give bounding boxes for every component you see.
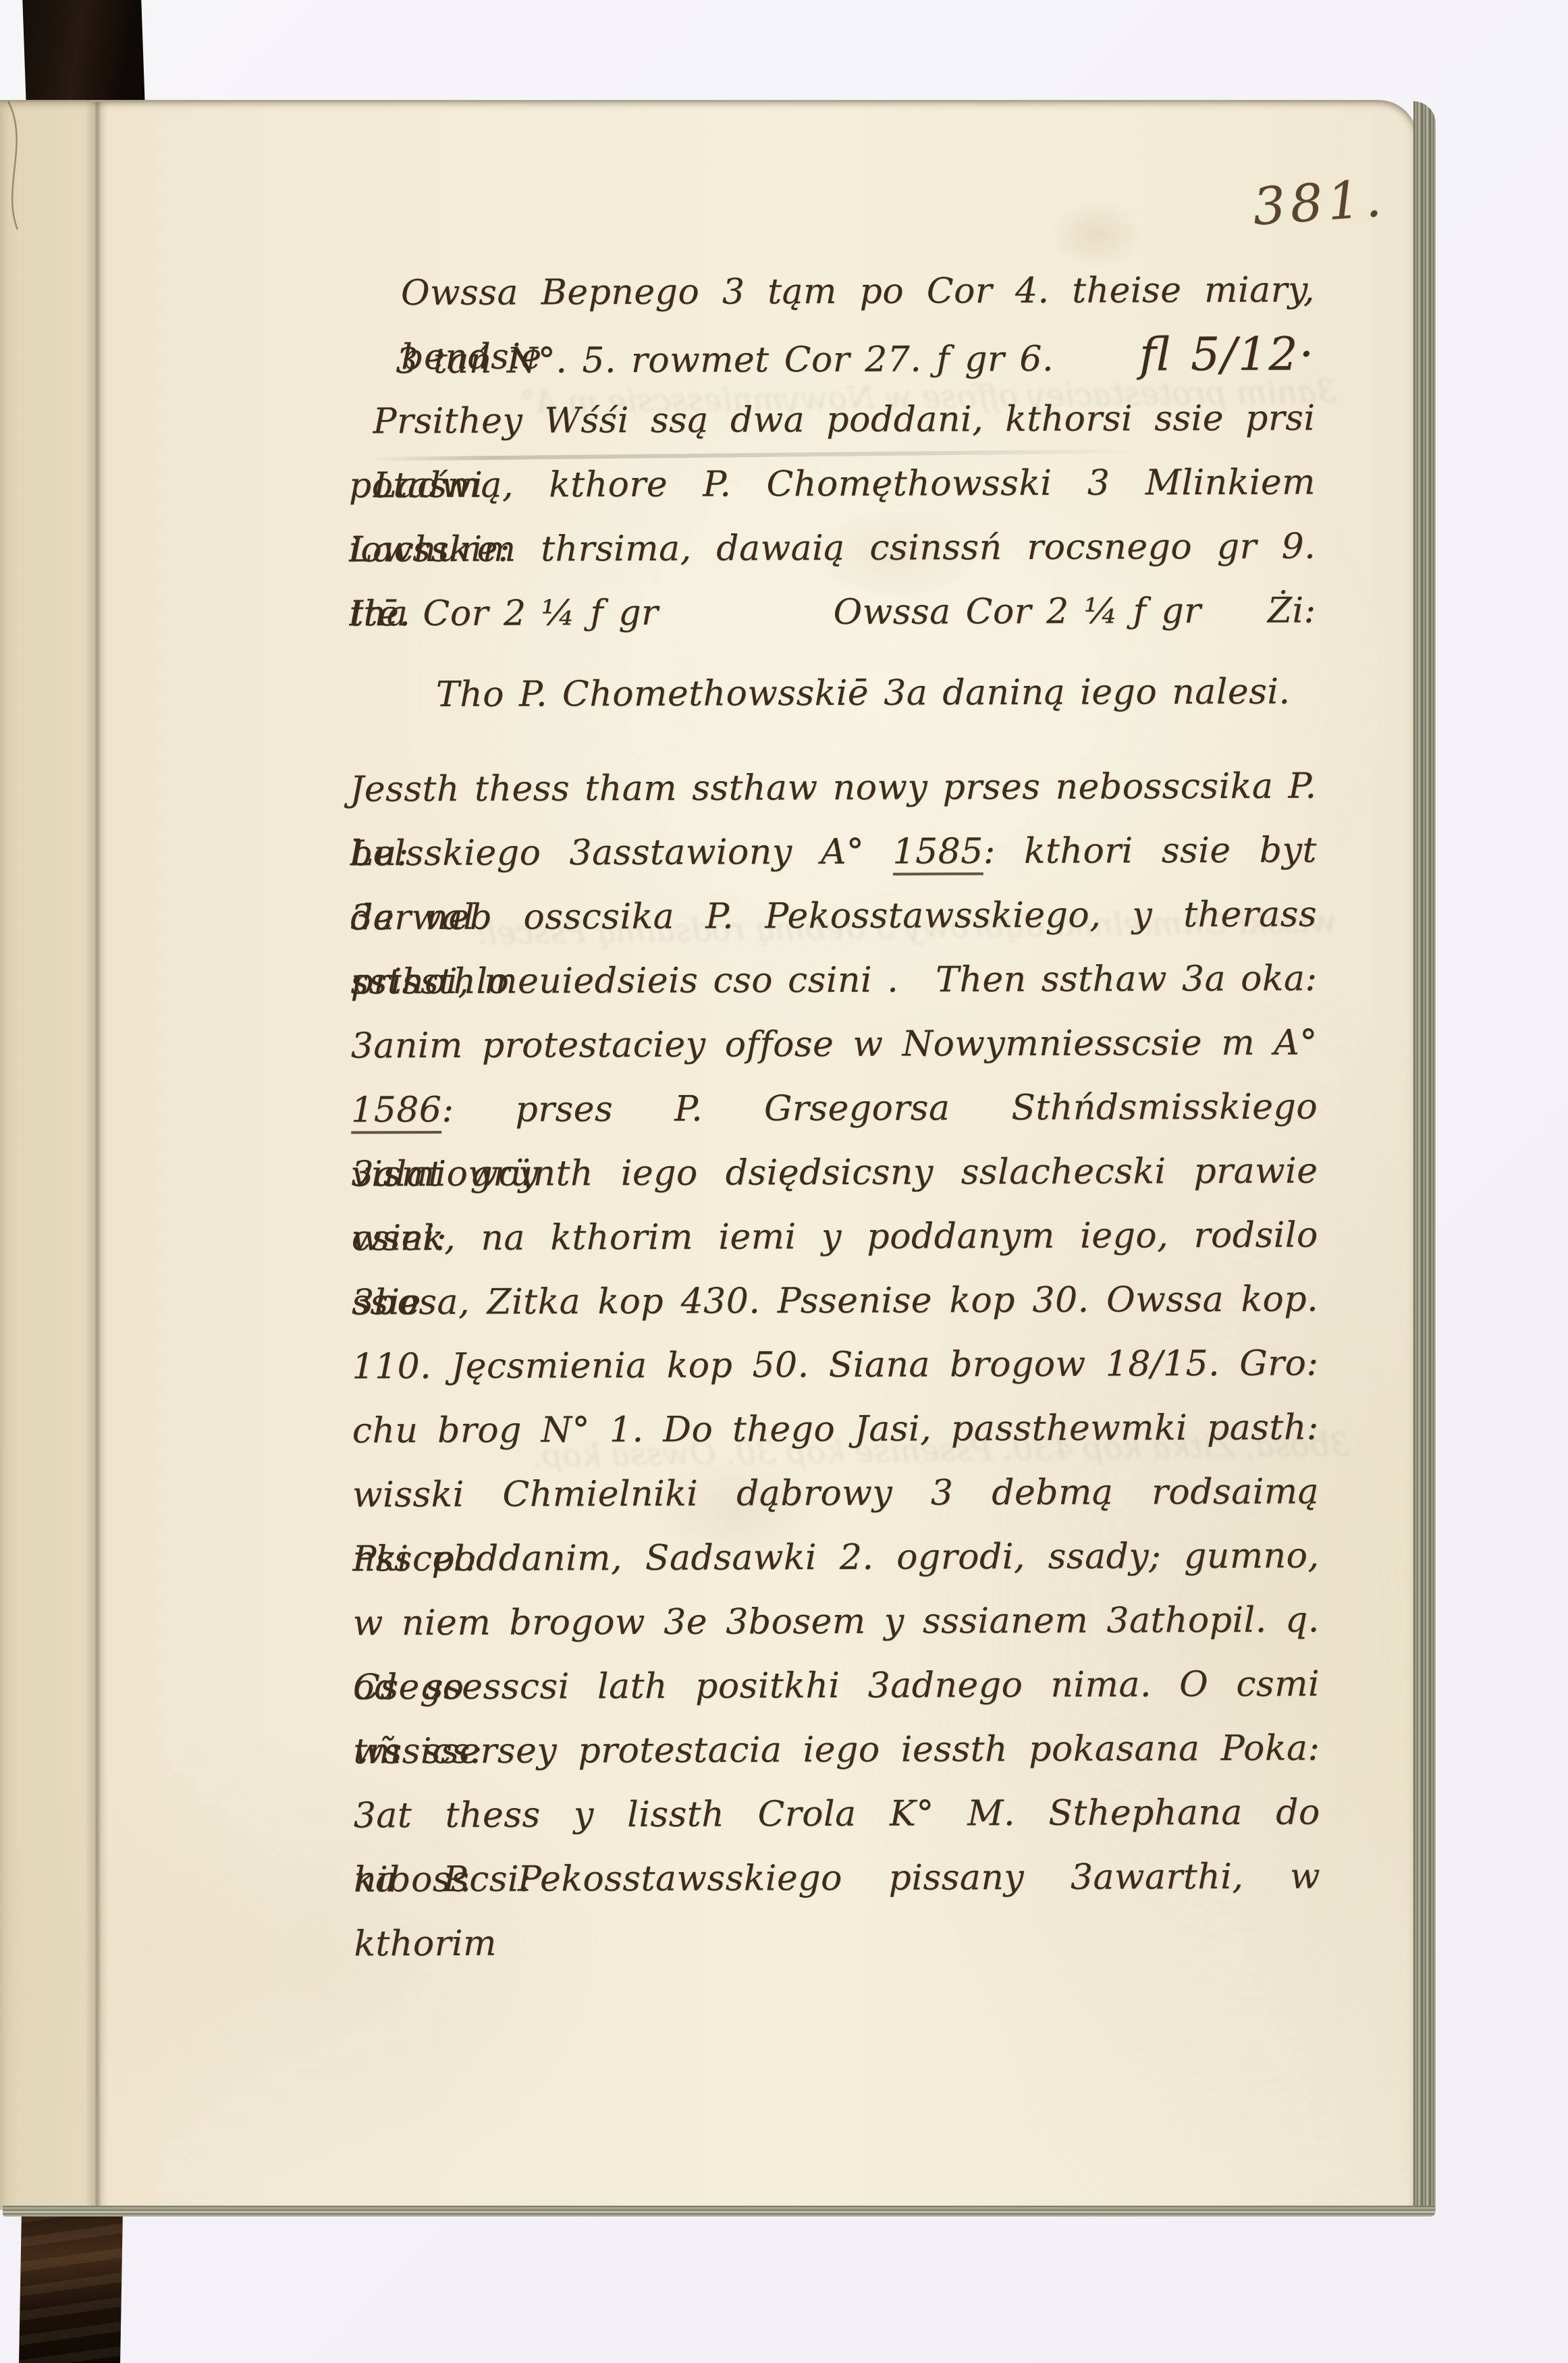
line-text: 3 tań N°. 5. rowmet Cor 27. ƒ gr 6. <box>396 327 1054 394</box>
handwritten-line: Tho P. Chomethowsskiē 3a daniną iego nal… <box>350 660 1316 728</box>
handwritten-line: belsskiego 3asstawiony A° 1585: kthori s… <box>350 819 1317 886</box>
line-text: Owssa Cor 2 ¼ ƒ gr <box>833 579 1201 645</box>
florin-amount: ﬂ 5/12· <box>1139 323 1316 388</box>
gutter-crease <box>85 102 108 2210</box>
page-block-edge-bottom <box>3 2206 1435 2216</box>
line-text: belsskiego 3asstawiony A° <box>350 832 893 874</box>
scanned-book-photo: 3anim protestaciey offose w Nowymniesscs… <box>0 0 1568 2363</box>
adjacent-page-strip <box>0 102 93 2210</box>
handwritten-line: ka P. Pekosstawsskiego pissany 3awarthi,… <box>354 1844 1320 1912</box>
handwritten-line: ssthoi, meuiedsieis cso csini . Then sst… <box>350 947 1317 1015</box>
page-number: 381. <box>1251 167 1388 237</box>
handwritten-line: csiek, na kthorim iemi y poddanym iego, … <box>352 1203 1318 1271</box>
handwritten-line: Prsithey Wśśi ssą dwa poddani, kthorsi s… <box>348 387 1315 454</box>
underlined-year: 1586 <box>351 1090 442 1134</box>
line-text: tha Cor 2 ¼ ƒ gr <box>349 581 658 647</box>
handwritten-line: Owssa Bepnego 3 tąm po Cor 4. theise mia… <box>348 259 1315 326</box>
manuscript-page: 3anim protestaciey offose w Nowymniesscs… <box>0 100 1417 2210</box>
handwritten-line: 3 tań N°. 5. rowmet Cor 27. ƒ gr 6. ﬂ 5/… <box>348 323 1315 390</box>
handwritten-line: Jessth thess tham ssthaw nowy prses nebo… <box>350 755 1316 822</box>
handwritten-line: potaśmą, kthore P. Chomęthowsski 3 Mlink… <box>349 451 1316 519</box>
handwritten-line: 110. Jęcsmienia kop 50. Siana brogow 18/… <box>352 1331 1318 1399</box>
handwritten-line: wisski Chmielniki dąbrowy 3 debmą rodsai… <box>352 1460 1319 1527</box>
handwritten-line: 3at thess y lissth Crola K° M. Sthephana… <box>354 1780 1320 1848</box>
handwritten-line: 1586: prses P. Grsegorsa Sthńdsmisskiego… <box>351 1076 1318 1143</box>
line-text: ssthoi, meuiedsieis cso csini . <box>350 949 898 1015</box>
underlined-year: 1585 <box>892 831 983 875</box>
book-binding-strap-top <box>22 0 144 103</box>
line-text: Then ssthaw 3a oka: <box>936 947 1318 1013</box>
handwritten-line: 3a neb osscsika P. Pekosstawsskiego, y t… <box>350 883 1317 951</box>
handwritten-line: tm̃ ssersey protestacia iego iessth poka… <box>353 1716 1320 1784</box>
book-binding-strap-bottom <box>19 2213 123 2363</box>
handwritten-line: chu brog N° 1. Do thego Jasi, passthewmk… <box>352 1396 1319 1463</box>
paper-stain <box>1050 201 1144 268</box>
stray-fiber <box>0 95 40 250</box>
handwritten-line: od ssesscsi lath positkhi 3adnego nima. … <box>353 1652 1320 1720</box>
handwritten-line: nki poddanim, Sadsawki 2. ogrodi, ssady;… <box>352 1524 1319 1591</box>
page-block-edge-right <box>1413 101 1436 2213</box>
handwritten-line: w niem brogow 3e 3bosem y sssianem 3atho… <box>353 1588 1320 1655</box>
handwritten-line: iowsskim thrsima, dawaią csinssń rocsneg… <box>349 515 1316 583</box>
handwritten-line: 3bosa, Zitka kop 430. Pssenise kop 30. O… <box>352 1267 1318 1335</box>
handwritten-line: 3alat grünth iego dsiędsicsny sslachecsk… <box>351 1140 1318 1207</box>
handwritten-text-block: Owssa Bepnego 3 tąm po Cor 4. theise mia… <box>348 259 1321 1913</box>
handwritten-line: 3anim protestaciey offose w Nowymniesscs… <box>351 1011 1318 1079</box>
